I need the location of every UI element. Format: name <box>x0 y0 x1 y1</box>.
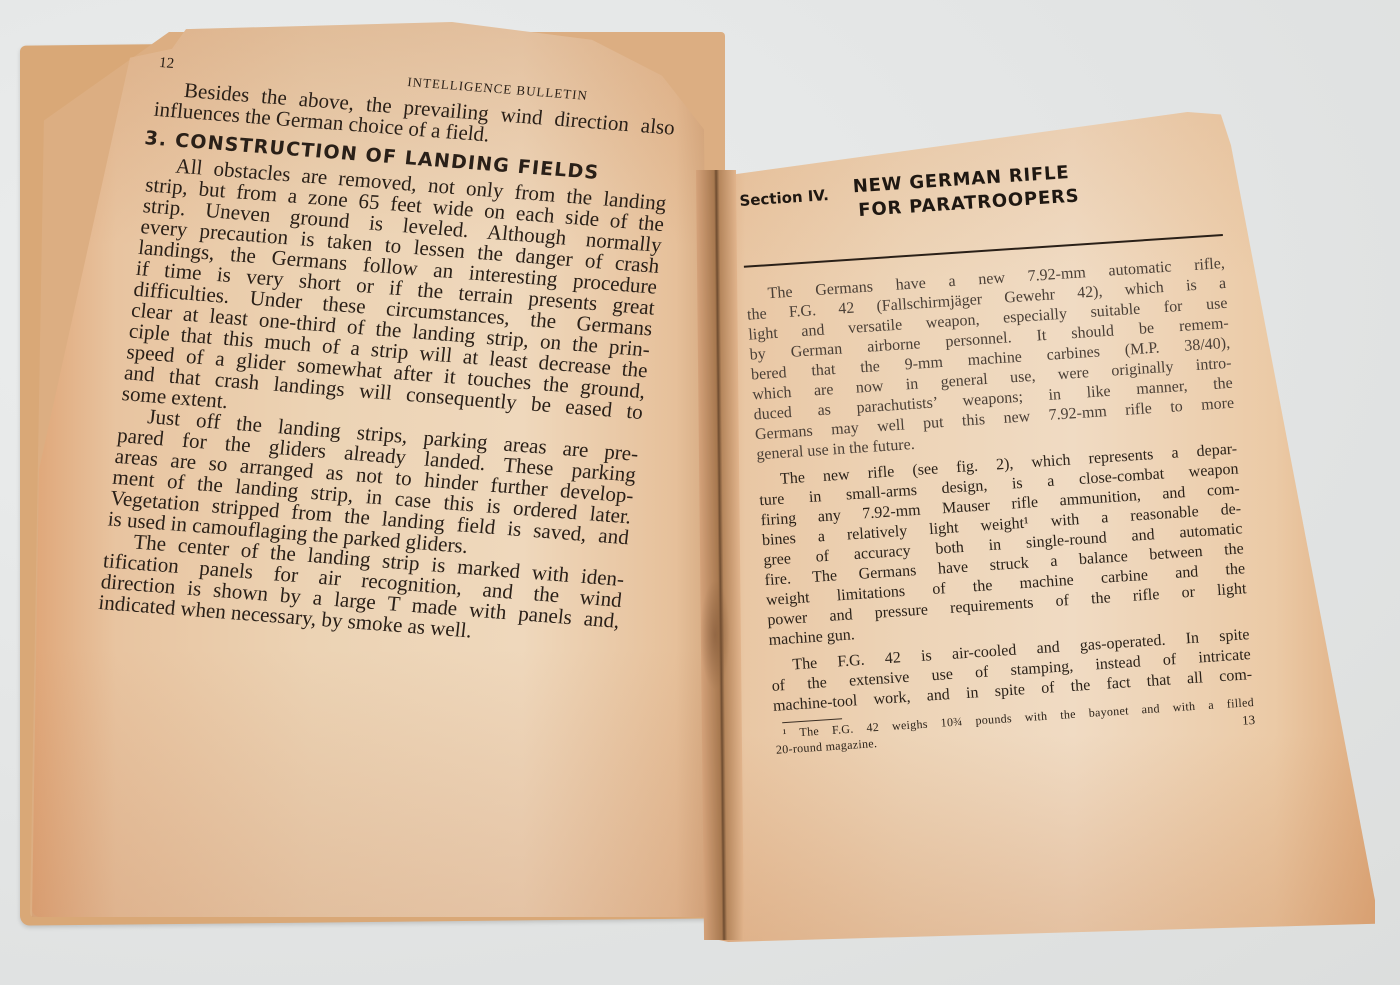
page-number-right: 13 <box>1242 712 1256 729</box>
paragraph-obstacles: All obstacles are removed, not only from… <box>121 153 668 443</box>
book-gutter <box>696 170 744 940</box>
left-page-text: 12 INTELLIGENCE BULLETIN Besides the abo… <box>97 55 678 653</box>
photo-scene: 12 INTELLIGENCE BULLETIN Besides the abo… <box>0 0 1400 985</box>
paragraph-intro-rifle: The Germans have a new 7.92-mm automatic… <box>745 254 1236 465</box>
right-page-text: Section IV. NEW GERMAN RIFLE FOR PARATRO… <box>738 146 1255 758</box>
paragraph-new-rifle: The new rifle (see fig. 2), which repres… <box>757 440 1248 651</box>
page-number-left: 12 <box>158 55 175 73</box>
section-label: Section IV. <box>739 186 829 210</box>
